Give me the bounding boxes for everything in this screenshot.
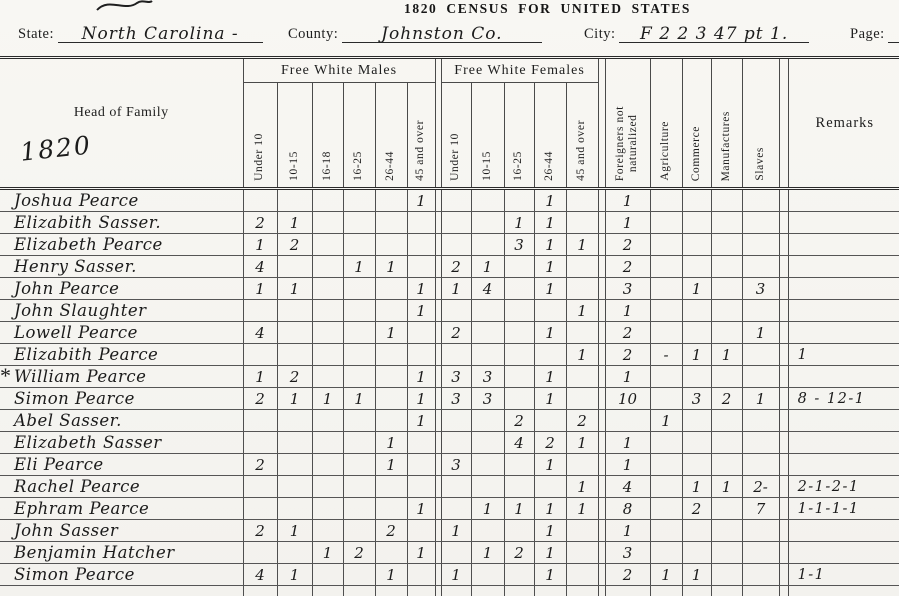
foreigners-cell: 2: [605, 256, 650, 278]
male-count-cell: 1: [277, 564, 312, 586]
female-count-cell: [504, 366, 534, 388]
column-divider: [598, 344, 605, 366]
table-row: John Sasser212111: [0, 520, 899, 542]
slaves-header: Slaves: [742, 58, 779, 189]
male-count-cell: [277, 344, 312, 366]
foreigners-cell: 1: [605, 454, 650, 476]
male-count-cell: [343, 520, 375, 542]
male-count-cell: 1: [375, 564, 407, 586]
state-field: State: North Carolina -: [18, 26, 263, 43]
manufactures-cell: [711, 410, 742, 432]
agriculture-cell: [650, 189, 682, 212]
male-count-cell: [243, 300, 277, 322]
column-label: 16-18: [321, 151, 334, 181]
column-label: Manufactures: [720, 111, 733, 181]
male-count-cell: 2: [277, 234, 312, 256]
remarks-cell: [788, 542, 899, 564]
commerce-cell: [682, 234, 711, 256]
male-count-cell: [375, 344, 407, 366]
commerce-cell: 2: [682, 498, 711, 520]
foreigners-cell: 2: [605, 234, 650, 256]
remarks-cell: [788, 520, 899, 542]
female-count-cell: [566, 189, 598, 212]
male-count-cell: [343, 322, 375, 344]
male-count-cell: 1: [277, 388, 312, 410]
male-count-cell: [243, 476, 277, 498]
female-age-header: Under 10: [441, 83, 471, 189]
male-count-cell: 1: [277, 212, 312, 234]
remarks-cell: [788, 234, 899, 256]
foreigners-cell: 3: [605, 278, 650, 300]
remarks-cell: 8 - 12-1: [788, 388, 899, 410]
male-count-cell: [343, 234, 375, 256]
male-count-cell: [277, 542, 312, 564]
female-count-cell: [566, 366, 598, 388]
column-label: Commerce: [690, 126, 703, 181]
female-count-cell: 1: [441, 278, 471, 300]
female-count-cell: 3: [441, 454, 471, 476]
female-count-cell: 1: [534, 498, 566, 520]
manufactures-cell: 2: [711, 388, 742, 410]
agriculture-cell: [650, 498, 682, 520]
male-count-cell: 2: [243, 454, 277, 476]
foreigners-cell: 1: [605, 189, 650, 212]
male-count-cell: 1: [343, 256, 375, 278]
male-age-header: 16-25: [343, 83, 375, 189]
form-header-line: State: North Carolina - County: Johnston…: [0, 26, 899, 50]
female-count-cell: [534, 300, 566, 322]
male-count-cell: 1: [375, 256, 407, 278]
male-count-cell: 4: [243, 256, 277, 278]
head-of-family-name: Simon Pearce: [14, 565, 135, 584]
column-label: Slaves: [754, 147, 767, 181]
agriculture-cell: [650, 234, 682, 256]
female-count-cell: 1: [534, 189, 566, 212]
male-count-cell: [343, 278, 375, 300]
female-count-cell: [534, 410, 566, 432]
male-count-cell: 1: [407, 410, 435, 432]
female-count-cell: 4: [471, 278, 504, 300]
female-count-cell: 1: [534, 212, 566, 234]
column-divider: [598, 278, 605, 300]
remarks-cell: 1: [788, 344, 899, 366]
head-of-family-name: John Slaughter: [14, 301, 147, 320]
male-count-cell: [312, 322, 343, 344]
male-count-cell: 4: [243, 564, 277, 586]
remarks-cell: [788, 366, 899, 388]
column-divider: [598, 564, 605, 586]
slaves-cell: [742, 410, 779, 432]
female-count-cell: 1: [471, 542, 504, 564]
column-divider: [779, 58, 788, 189]
column-divider: [598, 498, 605, 520]
slaves-cell: [742, 542, 779, 564]
female-count-cell: [504, 256, 534, 278]
column-label: 26-44: [384, 151, 397, 181]
male-count-cell: [277, 189, 312, 212]
female-count-cell: [504, 300, 534, 322]
female-count-cell: [566, 520, 598, 542]
column-divider: [598, 212, 605, 234]
male-count-cell: 1: [407, 498, 435, 520]
head-of-family-cell: *William Pearce: [0, 366, 243, 388]
male-count-cell: 1: [312, 542, 343, 564]
female-count-cell: [441, 212, 471, 234]
signature-flourish: [95, 0, 153, 11]
male-count-cell: 2: [243, 212, 277, 234]
female-count-cell: [471, 234, 504, 256]
female-count-cell: [471, 300, 504, 322]
agriculture-cell: [650, 300, 682, 322]
male-count-cell: [343, 366, 375, 388]
female-count-cell: [566, 542, 598, 564]
head-of-family-cell: Henry Sasser.: [0, 256, 243, 278]
male-age-header: 16-18: [312, 83, 343, 189]
foreigners-cell: 1: [605, 212, 650, 234]
female-age-header: 26-44: [534, 83, 566, 189]
male-count-cell: 2: [343, 542, 375, 564]
female-count-cell: [441, 344, 471, 366]
column-divider: [779, 564, 788, 586]
column-divider: [598, 58, 605, 189]
agriculture-cell: [650, 212, 682, 234]
male-count-cell: 1: [407, 388, 435, 410]
female-count-cell: [566, 454, 598, 476]
slaves-cell: 1: [742, 322, 779, 344]
male-age-header: 10-15: [277, 83, 312, 189]
head-of-family-cell: Rachel Pearce: [0, 476, 243, 498]
male-count-cell: [375, 498, 407, 520]
column-divider: [598, 410, 605, 432]
female-count-cell: [441, 476, 471, 498]
empty-cell: [504, 586, 534, 596]
page-label: Page:: [850, 26, 885, 42]
female-count-cell: 1: [566, 432, 598, 454]
table-row: Elizabeth Pearce123112: [0, 234, 899, 256]
foreigners-cell: [605, 410, 650, 432]
agriculture-cell: [650, 454, 682, 476]
agriculture-cell: 1: [650, 410, 682, 432]
column-label: 16-25: [512, 151, 525, 181]
column-divider: [779, 278, 788, 300]
slaves-cell: [742, 189, 779, 212]
commerce-cell: 3: [682, 388, 711, 410]
female-count-cell: [504, 278, 534, 300]
male-count-cell: [343, 432, 375, 454]
empty-cell: [441, 586, 471, 596]
female-count-cell: [471, 212, 504, 234]
foreigners-cell: 1: [605, 366, 650, 388]
female-count-cell: [566, 322, 598, 344]
agriculture-cell: [650, 388, 682, 410]
female-count-cell: 1: [566, 498, 598, 520]
female-count-cell: [504, 476, 534, 498]
female-count-cell: 3: [504, 234, 534, 256]
column-label: Under 10: [253, 133, 266, 181]
free-white-males-header: Free White Males: [243, 58, 435, 83]
head-of-family-name: Lowell Pearce: [14, 323, 138, 342]
remarks-cell: [788, 432, 899, 454]
census-scan-page: 1820 CENSUS FOR UNITED STATES State: Nor…: [0, 0, 899, 596]
male-count-cell: [375, 476, 407, 498]
female-count-cell: [534, 344, 566, 366]
remarks-header: Remarks: [788, 58, 899, 189]
empty-cell: [711, 586, 742, 596]
column-divider: [779, 498, 788, 520]
male-count-cell: [312, 564, 343, 586]
manufactures-cell: [711, 542, 742, 564]
male-age-header: Under 10: [243, 83, 277, 189]
census-table: Head of Family 1820 Free White Males Fre…: [0, 56, 899, 596]
commerce-cell: [682, 432, 711, 454]
head-of-family-cell: Elizabeth Sasser: [0, 432, 243, 454]
male-count-cell: [343, 189, 375, 212]
female-count-cell: 4: [504, 432, 534, 454]
foreigners-cell: 1: [605, 300, 650, 322]
male-count-cell: 1: [407, 300, 435, 322]
female-count-cell: [441, 410, 471, 432]
remarks-cell: [788, 410, 899, 432]
male-count-cell: 1: [375, 454, 407, 476]
male-count-cell: [375, 300, 407, 322]
female-count-cell: 3: [441, 388, 471, 410]
city-field: City: F 2 2 3 47 pt 1.: [584, 26, 809, 43]
column-divider: [779, 520, 788, 542]
agriculture-cell: [650, 542, 682, 564]
agriculture-cell: 1: [650, 564, 682, 586]
column-divider: [779, 410, 788, 432]
column-label: 10-15: [288, 151, 301, 181]
agriculture-cell: [650, 432, 682, 454]
male-count-cell: 1: [277, 520, 312, 542]
male-count-cell: 1: [343, 388, 375, 410]
empty-cell: [682, 586, 711, 596]
female-count-cell: [471, 564, 504, 586]
table-row: Elizabeth Sasser14211: [0, 432, 899, 454]
agriculture-cell: [650, 256, 682, 278]
male-age-header: 45 and over: [407, 83, 435, 189]
state-value: North Carolina -: [58, 27, 263, 43]
male-count-cell: 1: [407, 542, 435, 564]
head-of-family-name: John Sasser: [14, 521, 118, 540]
female-count-cell: 1: [534, 454, 566, 476]
agriculture-cell: [650, 322, 682, 344]
female-age-header: 10-15: [471, 83, 504, 189]
head-of-family-cell: Joshua Pearce: [0, 189, 243, 212]
foreigners-header: Foreigners not naturalized: [605, 58, 650, 189]
male-count-cell: [407, 344, 435, 366]
table-row: *William Pearce1213311: [0, 366, 899, 388]
female-count-cell: [471, 344, 504, 366]
male-count-cell: 1: [407, 366, 435, 388]
manufactures-cell: 1: [711, 344, 742, 366]
page-field: Page:: [850, 26, 899, 43]
male-count-cell: 1: [312, 388, 343, 410]
female-count-cell: 1: [534, 564, 566, 586]
female-count-cell: 3: [441, 366, 471, 388]
male-count-cell: [407, 212, 435, 234]
female-count-cell: [471, 432, 504, 454]
male-count-cell: [375, 366, 407, 388]
male-count-cell: 2: [277, 366, 312, 388]
empty-cell: [312, 586, 343, 596]
female-count-cell: 1: [534, 234, 566, 256]
female-count-cell: 2: [504, 410, 534, 432]
female-count-cell: 1: [566, 300, 598, 322]
male-count-cell: [243, 432, 277, 454]
male-count-cell: [243, 542, 277, 564]
column-divider: [779, 432, 788, 454]
head-of-family-cell: Elizabeth Pearce: [0, 234, 243, 256]
female-count-cell: 1: [566, 344, 598, 366]
male-count-cell: [343, 300, 375, 322]
male-count-cell: [343, 410, 375, 432]
table-row: Joshua Pearce111: [0, 189, 899, 212]
county-field: County: Johnston Co.: [288, 26, 542, 43]
female-count-cell: [504, 454, 534, 476]
empty-cell: [650, 586, 682, 596]
female-count-cell: [441, 300, 471, 322]
female-count-cell: 1: [534, 388, 566, 410]
male-count-cell: 1: [243, 366, 277, 388]
male-count-cell: [312, 256, 343, 278]
column-divider: [598, 189, 605, 212]
remarks-cell: [788, 256, 899, 278]
column-divider: [779, 189, 788, 212]
male-count-cell: 1: [277, 278, 312, 300]
year-annotation: 1820: [15, 130, 98, 167]
column-divider: [598, 542, 605, 564]
head-of-family-cell: Elizabith Pearce: [0, 344, 243, 366]
head-of-family-name: Ephram Pearce: [14, 499, 149, 518]
male-count-cell: [343, 476, 375, 498]
female-count-cell: 1: [534, 322, 566, 344]
slaves-cell: 1: [742, 388, 779, 410]
male-count-cell: [375, 234, 407, 256]
male-count-cell: [312, 366, 343, 388]
male-count-cell: 1: [375, 322, 407, 344]
commerce-cell: [682, 256, 711, 278]
female-count-cell: [471, 520, 504, 542]
male-count-cell: [312, 432, 343, 454]
slaves-cell: [742, 300, 779, 322]
female-count-cell: 1: [534, 278, 566, 300]
female-count-cell: [566, 256, 598, 278]
city-value: F 2 2 3 47 pt 1.: [619, 27, 809, 43]
agriculture-header: Agriculture: [650, 58, 682, 189]
column-label: 45 and over: [414, 120, 427, 181]
agriculture-cell: [650, 476, 682, 498]
female-count-cell: 1: [566, 234, 598, 256]
slaves-cell: [742, 432, 779, 454]
remarks-cell: 1-1-1-1: [788, 498, 899, 520]
male-count-cell: [375, 212, 407, 234]
group-header-row: Head of Family 1820 Free White Males Fre…: [0, 58, 899, 83]
column-divider: [779, 388, 788, 410]
head-of-family-name: Elizabith Pearce: [14, 345, 158, 364]
male-count-cell: [407, 256, 435, 278]
female-count-cell: [441, 189, 471, 212]
female-count-cell: [534, 476, 566, 498]
male-count-cell: [407, 432, 435, 454]
commerce-cell: [682, 542, 711, 564]
remarks-cell: [788, 300, 899, 322]
female-count-cell: [566, 564, 598, 586]
slaves-cell: [742, 256, 779, 278]
male-count-cell: 4: [243, 322, 277, 344]
commerce-cell: [682, 189, 711, 212]
male-count-cell: [277, 454, 312, 476]
manufactures-header: Manufactures: [711, 58, 742, 189]
table-row: Henry Sasser.4112112: [0, 256, 899, 278]
commerce-cell: [682, 212, 711, 234]
male-count-cell: 2: [243, 520, 277, 542]
head-of-family-name: Elizabith Sasser.: [14, 213, 161, 232]
head-of-family-header: Head of Family 1820: [0, 58, 243, 189]
head-of-family-cell: Lowell Pearce: [0, 322, 243, 344]
head-of-family-cell: Benjamin Hatcher: [0, 542, 243, 564]
manufactures-cell: [711, 366, 742, 388]
male-count-cell: [312, 410, 343, 432]
male-count-cell: [375, 278, 407, 300]
slaves-cell: [742, 212, 779, 234]
column-divider: [779, 234, 788, 256]
remarks-cell: [788, 212, 899, 234]
column-divider: [598, 520, 605, 542]
head-of-family-label: Head of Family: [0, 105, 243, 121]
female-count-cell: 2: [534, 432, 566, 454]
head-of-family-cell: Simon Pearce: [0, 388, 243, 410]
table-row: John Slaughter111: [0, 300, 899, 322]
empty-cell: [534, 586, 566, 596]
female-count-cell: 2: [566, 410, 598, 432]
female-count-cell: [566, 278, 598, 300]
male-count-cell: [343, 454, 375, 476]
female-count-cell: 1: [534, 542, 566, 564]
column-divider: [779, 322, 788, 344]
foreigners-cell: 1: [605, 432, 650, 454]
commerce-cell: 1: [682, 278, 711, 300]
manufactures-cell: [711, 498, 742, 520]
head-of-family-cell: Abel Sasser.: [0, 410, 243, 432]
manufactures-cell: [711, 454, 742, 476]
female-count-cell: 1: [441, 564, 471, 586]
table-row: Elizabith Pearce12-111: [0, 344, 899, 366]
agriculture-cell: [650, 366, 682, 388]
commerce-cell: [682, 410, 711, 432]
female-age-header: 45 and over: [566, 83, 598, 189]
manufactures-cell: [711, 278, 742, 300]
female-count-cell: [471, 476, 504, 498]
female-count-cell: [471, 322, 504, 344]
empty-cell: [788, 586, 899, 596]
table-row: Rachel Pearce14112-2-1-2-1: [0, 476, 899, 498]
column-divider: [779, 542, 788, 564]
male-count-cell: [243, 410, 277, 432]
male-count-cell: [277, 476, 312, 498]
column-divider: [779, 366, 788, 388]
male-count-cell: [407, 322, 435, 344]
male-count-cell: [243, 498, 277, 520]
female-count-cell: 3: [471, 388, 504, 410]
female-count-cell: [441, 234, 471, 256]
manufactures-cell: 1: [711, 476, 742, 498]
column-divider: [779, 300, 788, 322]
head-of-family-name: Eli Pearce: [14, 455, 104, 474]
empty-cell: [742, 586, 779, 596]
manufactures-cell: [711, 300, 742, 322]
slaves-cell: [742, 234, 779, 256]
